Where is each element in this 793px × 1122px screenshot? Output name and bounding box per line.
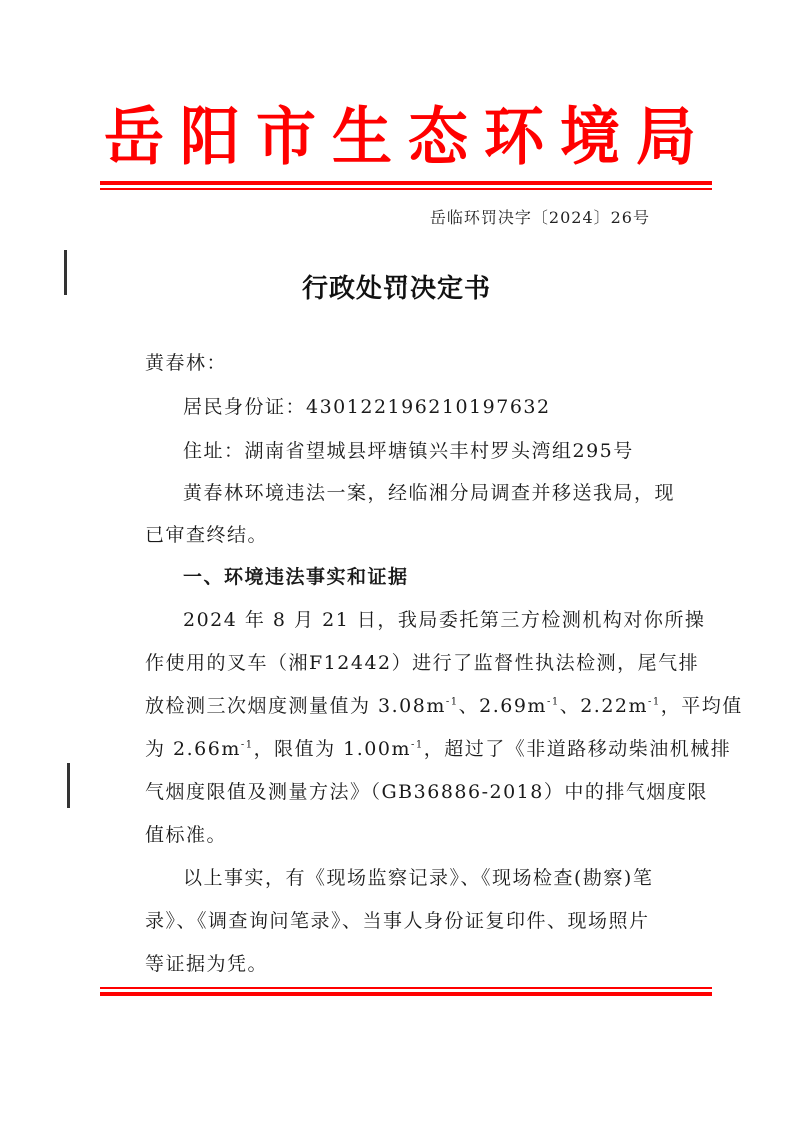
letterhead-char: 局 (632, 87, 700, 177)
section-heading-facts: 一、环境违法事实和证据 (145, 557, 409, 597)
evidence-line-3: 等证据为凭。 (145, 944, 268, 984)
average-value: 为 2.66m (145, 738, 241, 760)
facts-line-3: 放检测三次烟度测量值为 3.08m-1、2.69m-1、2.22m-1，平均值 (145, 686, 743, 726)
average-label: ，平均值 (661, 695, 743, 717)
document-number: 岳临环罚决字〔2024〕26号 (430, 205, 650, 228)
recipient-id-number: 居民身份证：430122196210197632 (145, 387, 551, 427)
letterhead-char: 态 (404, 87, 472, 177)
facts-line-6: 值标准。 (145, 815, 227, 855)
recipient-salutation: 黄春林： (145, 343, 227, 383)
document-page: 岳 阳 市 生 态 环 境 局 岳临环罚决字〔2024〕26号 行政处罚决定书 … (0, 0, 793, 1122)
header-thin-rule (100, 188, 712, 190)
document-title: 行政处罚决定书 (0, 268, 793, 305)
letterhead-char: 生 (328, 87, 396, 177)
recipient-address: 住址：湖南省望城县坪塘镇兴丰村罗头湾组295号 (145, 431, 634, 471)
facts-line-1: 2024 年 8 月 21 日，我局委托第三方检测机构对你所操 (145, 600, 705, 640)
letterhead-char: 境 (556, 87, 624, 177)
letterhead-char: 阳 (176, 87, 244, 177)
unit-exponent: -1 (547, 697, 560, 708)
letterhead-char: 岳 (100, 87, 168, 177)
evidence-line-1: 以上事实，有《现场监察记录》、《现场检查(勘察)笔 (145, 858, 653, 898)
letterhead-char: 环 (480, 87, 548, 177)
facts-line-5: 气烟度限值及测量方法》（GB36886-2018）中的排气烟度限 (145, 772, 708, 812)
footer-thin-rule (100, 987, 712, 989)
agency-letterhead-title: 岳 阳 市 生 态 环 境 局 (100, 92, 700, 172)
evidence-line-2: 录》、《调查询问笔录》、当事人身份证复印件、现场照片 (145, 901, 650, 941)
intro-line-2: 已审查终结。 (145, 515, 268, 555)
unit-exponent: -1 (411, 740, 424, 751)
facts-line-4: 为 2.66m-1，限值为 1.00m-1，超过了《非道路移动柴油机械排 (145, 729, 731, 769)
header-thick-rule (100, 181, 712, 185)
measurement-2: 、2.69m (459, 695, 547, 717)
measurement-3: 、2.22m (560, 695, 648, 717)
facts-line-2: 作使用的叉车（湘F12442）进行了监督性执法检测，尾气排 (145, 643, 699, 683)
intro-line-1: 黄春林环境违法一案，经临湘分局调查并移送我局，现 (145, 473, 675, 513)
binding-margin-mark (67, 763, 70, 808)
unit-exponent: -1 (241, 740, 254, 751)
unit-exponent: -1 (648, 697, 661, 708)
unit-exponent: -1 (446, 697, 459, 708)
limit-value: ，限值为 1.00m (254, 738, 411, 760)
standard-reference: ，超过了《非道路移动柴油机械排 (424, 738, 732, 760)
letterhead-char: 市 (252, 87, 320, 177)
measurement-1: 放检测三次烟度测量值为 3.08m (145, 695, 446, 717)
footer-thick-rule (100, 992, 712, 996)
